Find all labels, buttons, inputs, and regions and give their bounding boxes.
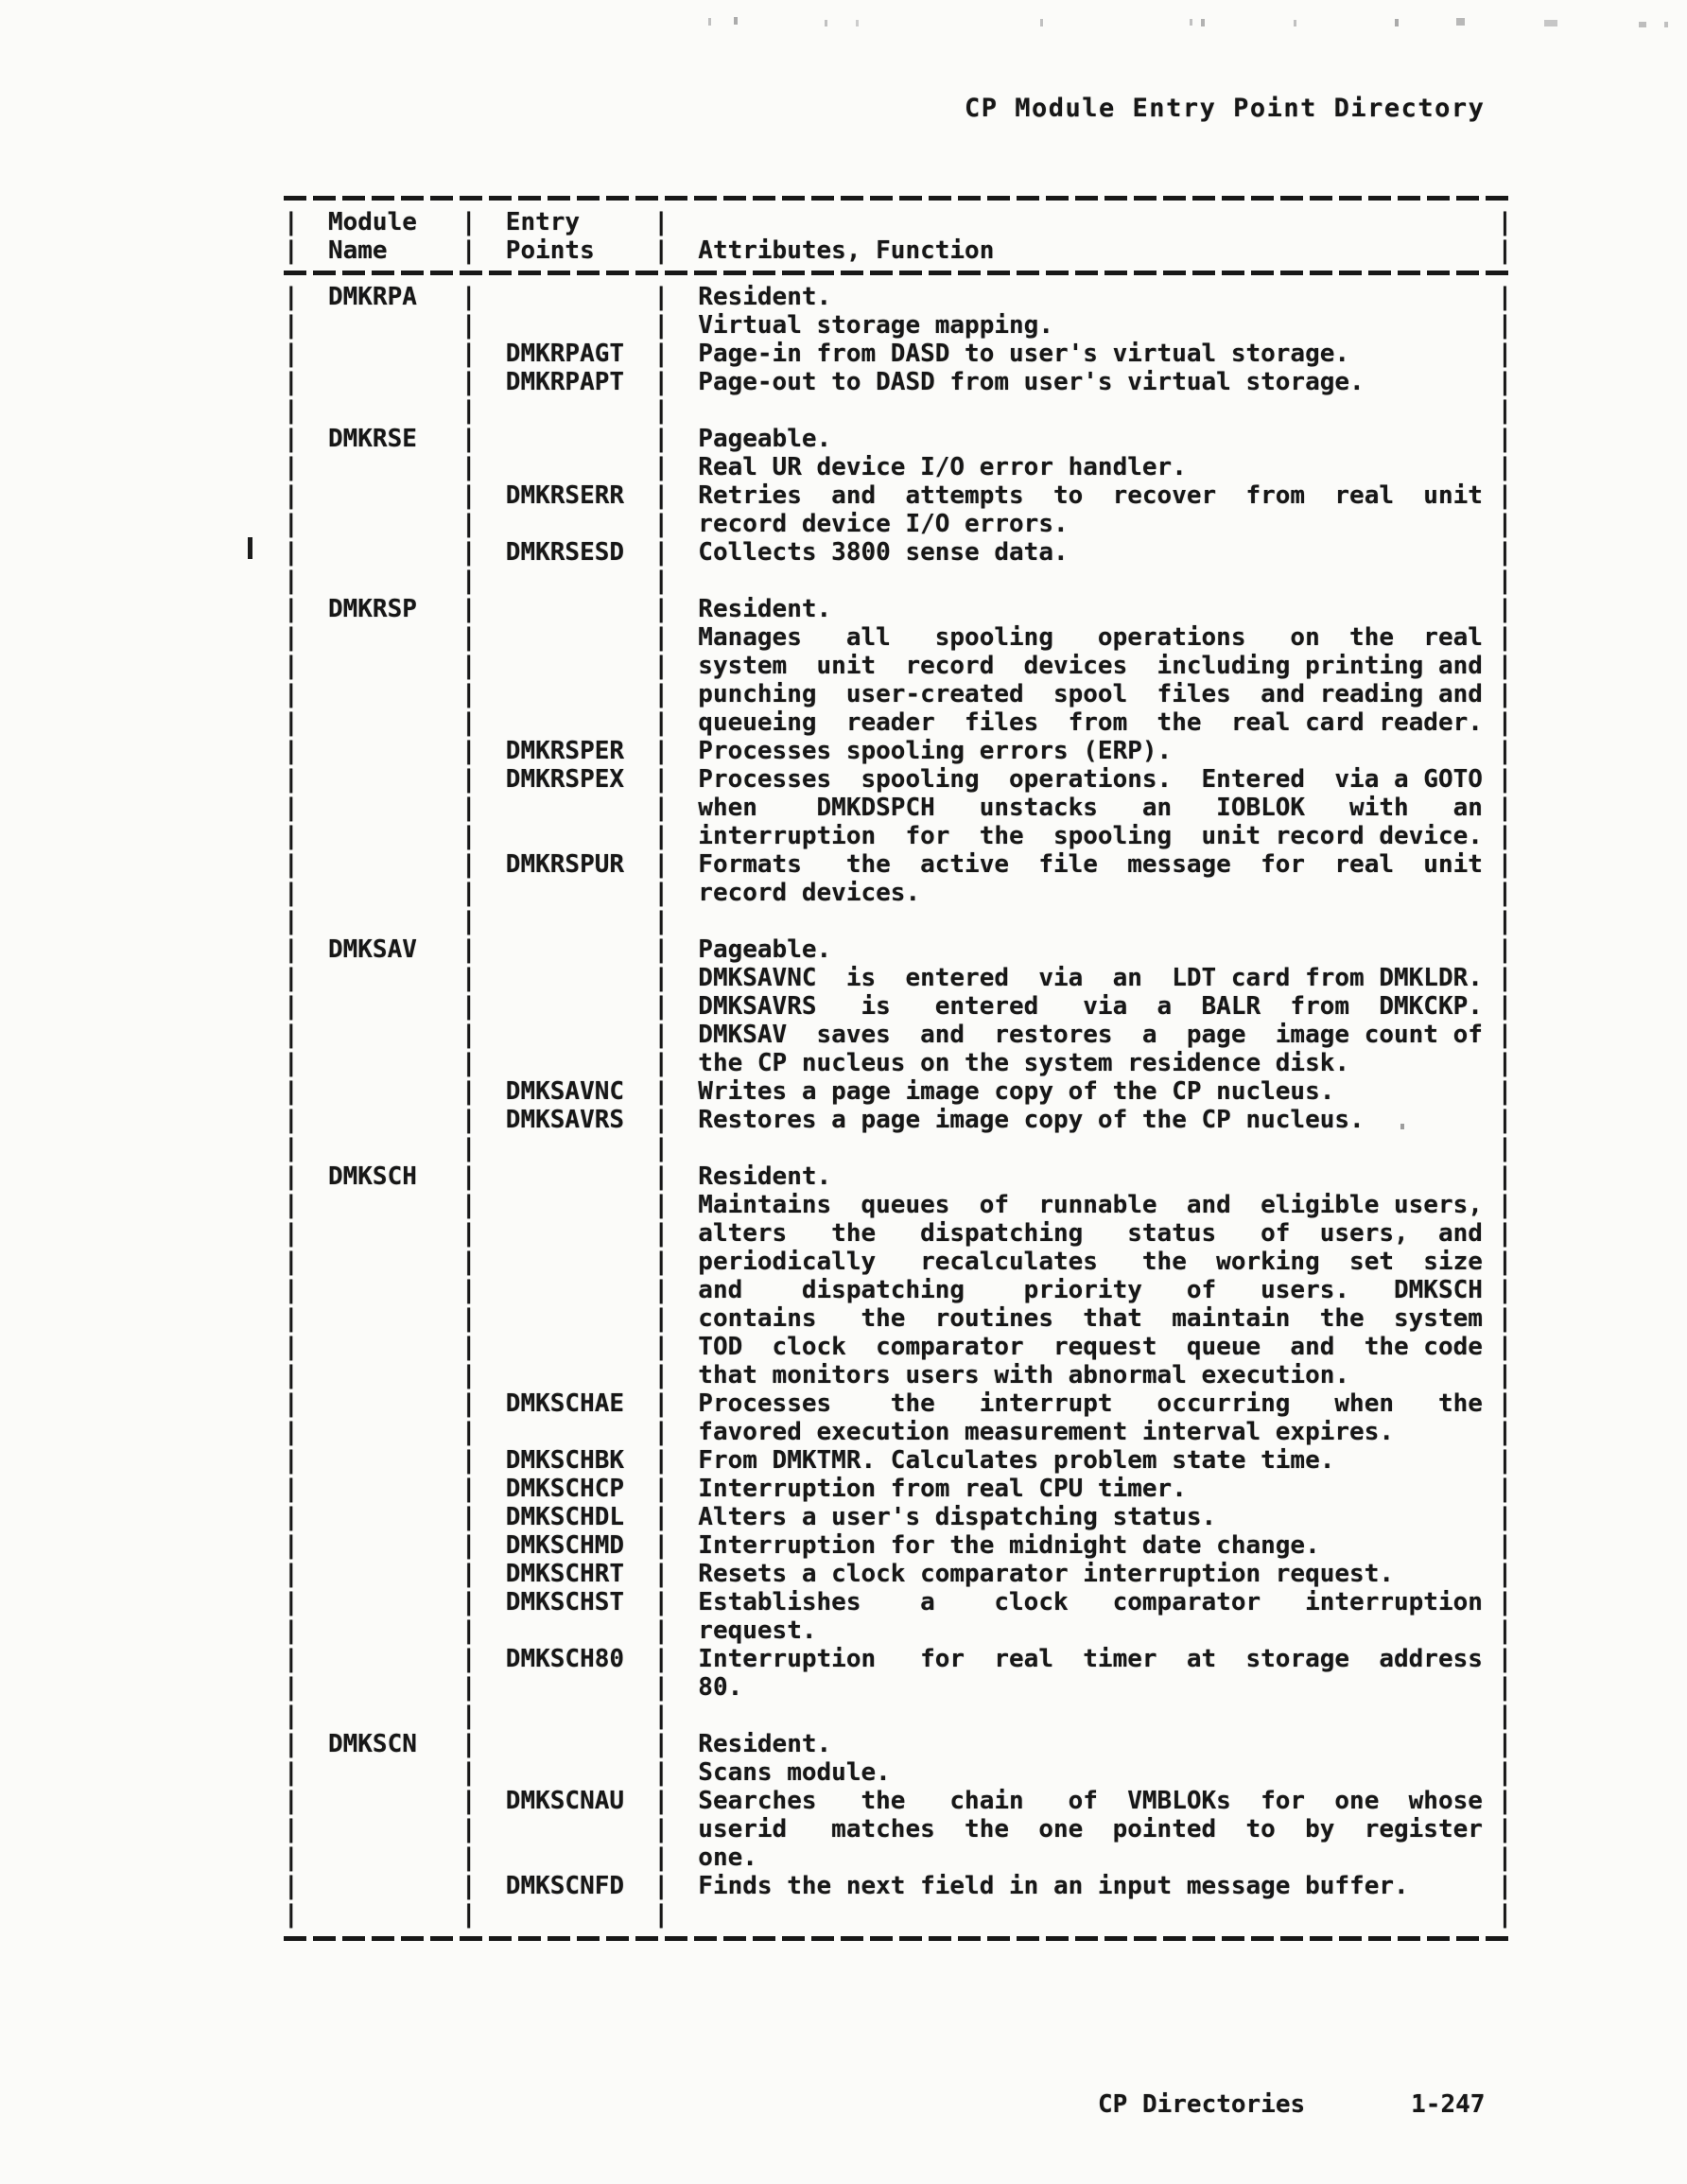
table-line: | | DMKRPAPT | Page-out to DASD from use…	[284, 368, 1515, 396]
table-line: | | DMKSCNAU | Searches the chain of VMB…	[284, 1787, 1515, 1815]
table-line: | | | Manages all spooling operations on…	[284, 623, 1515, 652]
table-line: | | | DMKSAVNC is entered via an LDT car…	[284, 964, 1515, 992]
table-line: | | | DMKSAV saves and restores a page i…	[284, 1021, 1515, 1049]
table-line: | DMKSCH | | Resident. |	[284, 1162, 1515, 1191]
table-line: | | | Maintains queues of runnable and e…	[284, 1191, 1515, 1219]
table-header-rows: | Module | Entry | || Name | Points | At…	[284, 201, 1515, 271]
table-line: | | DMKSAVNC | Writes a page image copy …	[284, 1077, 1515, 1106]
table-line: | | | |	[284, 1702, 1515, 1730]
scan-artifact	[1190, 19, 1192, 26]
table-line: | | | record device I/O errors. |	[284, 510, 1515, 538]
table-line: | | DMKSCHAE | Processes the interrupt o…	[284, 1389, 1515, 1418]
table-line: | | | DMKSAVRS is entered via a BALR fro…	[284, 992, 1515, 1021]
table-line: | | | request. |	[284, 1616, 1515, 1645]
table-line: | Name | Points | Attributes, Function |	[284, 236, 1515, 265]
scan-artifact	[1040, 19, 1043, 26]
table-line: | | | punching user-created spool files …	[284, 680, 1515, 708]
table-line: | | DMKSCHST | Establishes a clock compa…	[284, 1588, 1515, 1616]
scan-artifact	[1201, 19, 1205, 26]
module-entry-table: | Module | Entry | || Name | Points | At…	[284, 196, 1515, 1941]
change-bar-mark	[248, 537, 252, 559]
table-line: | | DMKSCHDL | Alters a user's dispatchi…	[284, 1503, 1515, 1531]
table-line: | DMKRSE | | Pageable. |	[284, 425, 1515, 453]
table-line: | | | TOD clock comparator request queue…	[284, 1333, 1515, 1361]
table-line: | | | Virtual storage mapping. |	[284, 311, 1515, 340]
table-line: | | | and dispatching priority of users.…	[284, 1276, 1515, 1304]
table-line: | | | interruption for the spooling unit…	[284, 822, 1515, 850]
table-line: | | | userid matches the one pointed to …	[284, 1815, 1515, 1843]
table-line: | | DMKSAVRS | Restores a page image cop…	[284, 1106, 1515, 1134]
table-line: | | | alters the dispatching status of u…	[284, 1219, 1515, 1248]
footer-page-number: 1-247	[1411, 2090, 1485, 2119]
table-line: | | | |	[284, 1134, 1515, 1162]
table-line: | | | queueing reader files from the rea…	[284, 708, 1515, 737]
table-line: | | DMKRSPER | Processes spooling errors…	[284, 737, 1515, 765]
scan-artifact	[1395, 19, 1399, 26]
table-line: | | DMKRSESD | Collects 3800 sense data.…	[284, 538, 1515, 567]
table-line: | | DMKSCHMD | Interruption for the midn…	[284, 1531, 1515, 1560]
table-line: | | | contains the routines that maintai…	[284, 1304, 1515, 1333]
table-line: | DMKSAV | | Pageable. |	[284, 935, 1515, 964]
table-line: | | | |	[284, 396, 1515, 425]
table-line: | | | |	[284, 567, 1515, 595]
table-line: | | DMKSCHRT | Resets a clock comparator…	[284, 1560, 1515, 1588]
table-line: | | | favored execution measurement inte…	[284, 1418, 1515, 1446]
table-body-rows: | DMKRPA | | Resident. || | | Virtual st…	[284, 275, 1515, 1936]
footer-section-label: CP Directories	[1098, 2090, 1305, 2119]
table-line: | Module | Entry | |	[284, 208, 1515, 236]
table-line: | | | that monitors users with abnormal …	[284, 1361, 1515, 1389]
table-line: | | | 80. |	[284, 1673, 1515, 1702]
scan-artifact	[1544, 20, 1557, 26]
table-line: | | DMKSCHBK | From DMKTMR. Calculates p…	[284, 1446, 1515, 1475]
table-line: | | | the CP nucleus on the system resid…	[284, 1049, 1515, 1077]
table-line: | | DMKRPAGT | Page-in from DASD to user…	[284, 340, 1515, 368]
table-line: | | DMKRSPEX | Processes spooling operat…	[284, 765, 1515, 794]
scan-artifact	[1639, 22, 1646, 27]
table-line: | | | system unit record devices includi…	[284, 652, 1515, 680]
scan-artifact	[825, 20, 827, 26]
table-line: | | DMKRSERR | Retries and attempts to r…	[284, 481, 1515, 510]
scan-artifact	[734, 17, 738, 25]
table-line: | | | periodically recalculates the work…	[284, 1248, 1515, 1276]
table-line: | | | Scans module. |	[284, 1758, 1515, 1787]
table-line: | DMKRSP | | Resident. |	[284, 595, 1515, 623]
table-line: | | | one. |	[284, 1843, 1515, 1872]
table-line: | | | Real UR device I/O error handler. …	[284, 453, 1515, 481]
page-footer: CP Directories 1-247	[1098, 2090, 1485, 2119]
table-line: | | DMKSCHCP | Interruption from real CP…	[284, 1475, 1515, 1503]
scan-artifact	[708, 18, 711, 26]
table-line: | DMKSCN | | Resident. |	[284, 1730, 1515, 1758]
scan-artifact	[1664, 22, 1668, 27]
table-line: | | DMKSCH80 | Interruption for real tim…	[284, 1645, 1515, 1673]
table-line: | | | |	[284, 1900, 1515, 1929]
scan-artifact	[856, 20, 859, 26]
table-line: | | DMKSCNFD | Finds the next field in a…	[284, 1872, 1515, 1900]
table-line: | | | when DMKDSPCH unstacks an IOBLOK w…	[284, 794, 1515, 822]
scan-artifact	[1456, 18, 1465, 26]
page-title: CP Module Entry Point Directory	[965, 94, 1485, 123]
table-line: | | | record devices. |	[284, 879, 1515, 907]
scan-artifact	[1294, 20, 1296, 26]
table-border-bottom	[284, 1936, 1515, 1941]
table-line: | DMKRPA | | Resident. |	[284, 283, 1515, 311]
table-line: | | DMKRSPUR | Formats the active file m…	[284, 850, 1515, 879]
table-line: | | | |	[284, 907, 1515, 935]
